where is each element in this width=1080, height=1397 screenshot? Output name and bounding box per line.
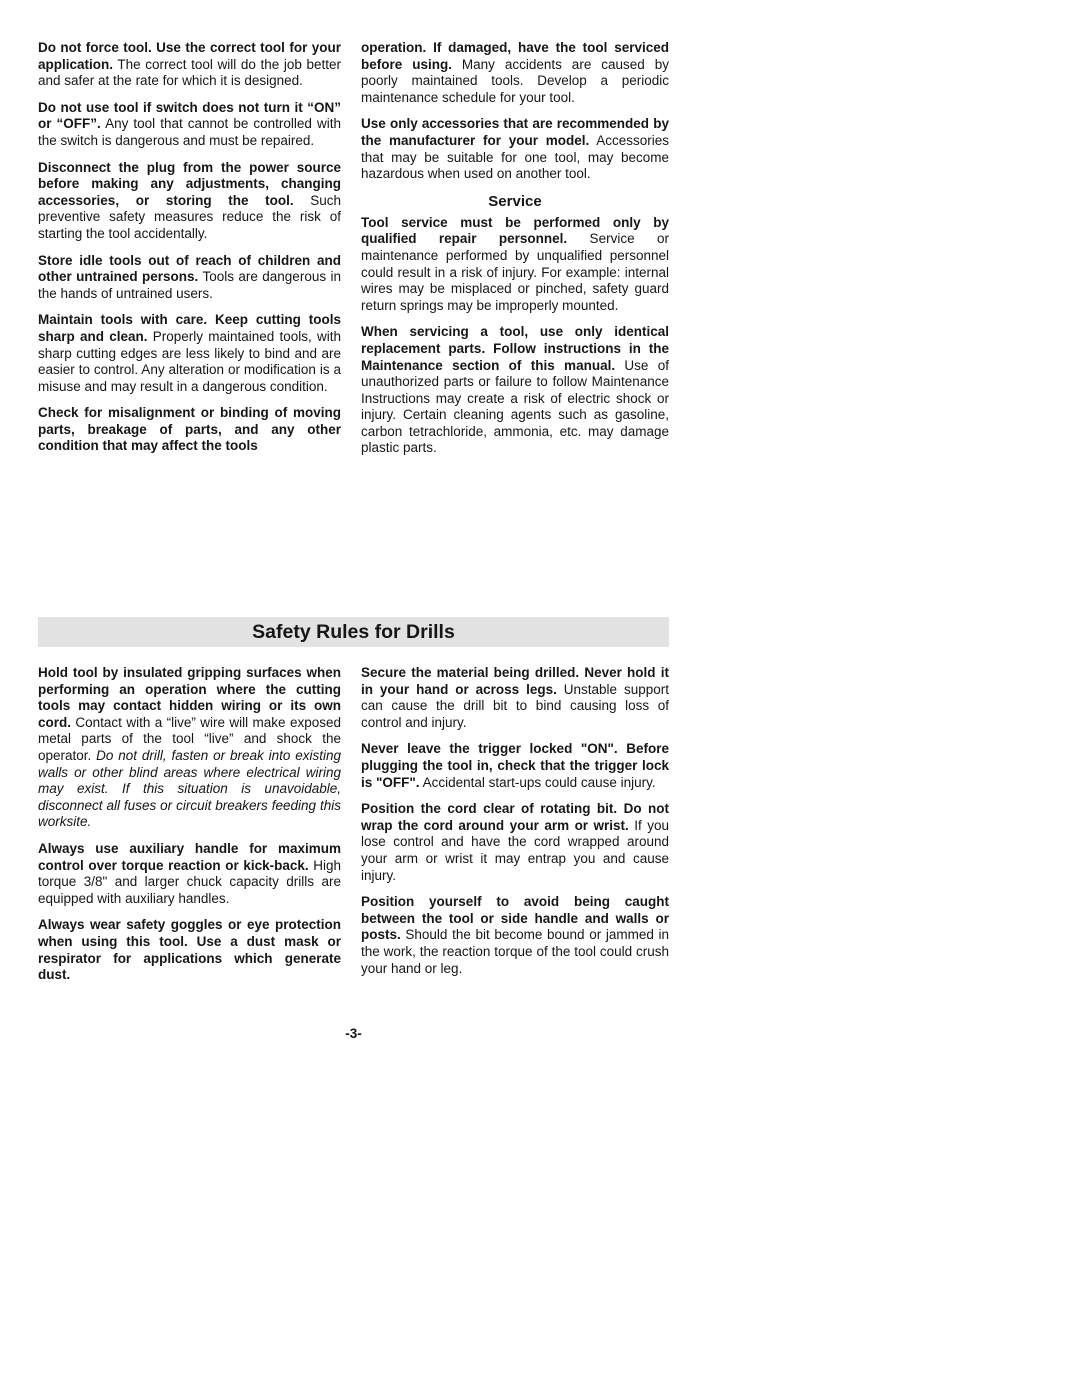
drills-left-column: Hold tool by insulated gripping surfaces… bbox=[38, 665, 341, 994]
drills-right-column: Secure the material being drilled. Never… bbox=[361, 665, 669, 994]
drills-section-title-bar: Safety Rules for Drills bbox=[38, 617, 669, 647]
safety-paragraph: Secure the material being drilled. Never… bbox=[361, 665, 669, 731]
page-content: Do not force tool. Use the correct tool … bbox=[38, 40, 669, 994]
safety-paragraph: When servicing a tool, use only identica… bbox=[361, 324, 669, 457]
safety-paragraph: Tool service must be performed only by q… bbox=[361, 215, 669, 315]
drills-section: Hold tool by insulated gripping surfaces… bbox=[38, 665, 669, 994]
safety-paragraph: Always wear safety goggles or eye protec… bbox=[38, 917, 341, 983]
service-heading: Service bbox=[361, 193, 669, 210]
safety-paragraph: Always use auxiliary handle for maximum … bbox=[38, 841, 341, 907]
safety-paragraph: Position yourself to avoid being caught … bbox=[361, 894, 669, 977]
safety-paragraph: operation. If damaged, have the tool ser… bbox=[361, 40, 669, 106]
safety-paragraph: Position the cord clear of rotating bit.… bbox=[361, 801, 669, 884]
general-left-column: Do not force tool. Use the correct tool … bbox=[38, 40, 341, 617]
safety-paragraph: Check for misalignment or binding of mov… bbox=[38, 405, 341, 455]
drills-section-title: Safety Rules for Drills bbox=[252, 621, 455, 643]
manual-page: Do not force tool. Use the correct tool … bbox=[0, 0, 1080, 1397]
safety-paragraph: Do not use tool if switch does not turn … bbox=[38, 100, 341, 150]
page-number: -3- bbox=[38, 1026, 669, 1041]
safety-paragraph: Do not force tool. Use the correct tool … bbox=[38, 40, 341, 90]
safety-paragraph: Never leave the trigger locked "ON". Bef… bbox=[361, 741, 669, 791]
safety-paragraph: Use only accessories that are recommende… bbox=[361, 116, 669, 182]
safety-paragraph: Disconnect the plug from the power sourc… bbox=[38, 160, 341, 243]
general-right-column: operation. If damaged, have the tool ser… bbox=[361, 40, 669, 617]
safety-paragraph: Store idle tools out of reach of childre… bbox=[38, 253, 341, 303]
safety-paragraph: Maintain tools with care. Keep cutting t… bbox=[38, 312, 341, 395]
safety-paragraph: Hold tool by insulated gripping surfaces… bbox=[38, 665, 341, 831]
general-section: Do not force tool. Use the correct tool … bbox=[38, 40, 669, 617]
